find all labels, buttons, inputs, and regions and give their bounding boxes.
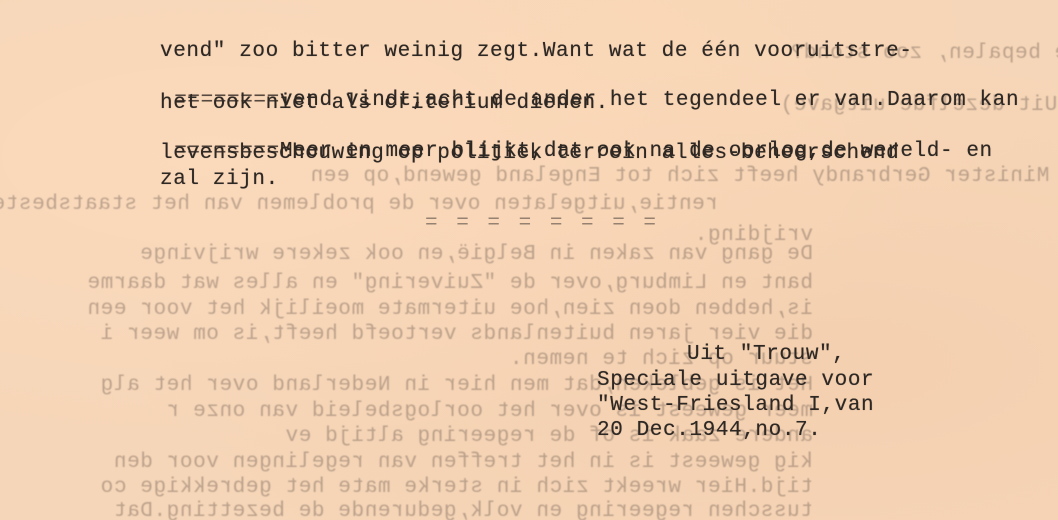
typed-text-layer: vend" zoo bitter weinig zegt.Want wat de…	[0, 0, 1058, 520]
body-text-line: het ook niet als criterium dienen.	[160, 92, 609, 115]
source-line: "West-Friesland I,van	[597, 394, 874, 417]
body-text-line: levensbeschouwing op politiek terrein al…	[160, 142, 899, 165]
source-line: Uit "Trouw",	[687, 343, 845, 366]
section-separator: = = = = = = = =	[425, 212, 659, 235]
body-text-line: vend" zoo bitter weinig zegt.Want wat de…	[160, 40, 913, 63]
source-line: Speciale uitgave voor	[597, 369, 874, 392]
source-line: 20 Dec.1944,no.7.	[597, 419, 821, 442]
body-text-line: zal zijn.	[160, 168, 279, 191]
scanned-document-page: die verdelingen daarvan te bepalen, zoo …	[0, 0, 1058, 520]
